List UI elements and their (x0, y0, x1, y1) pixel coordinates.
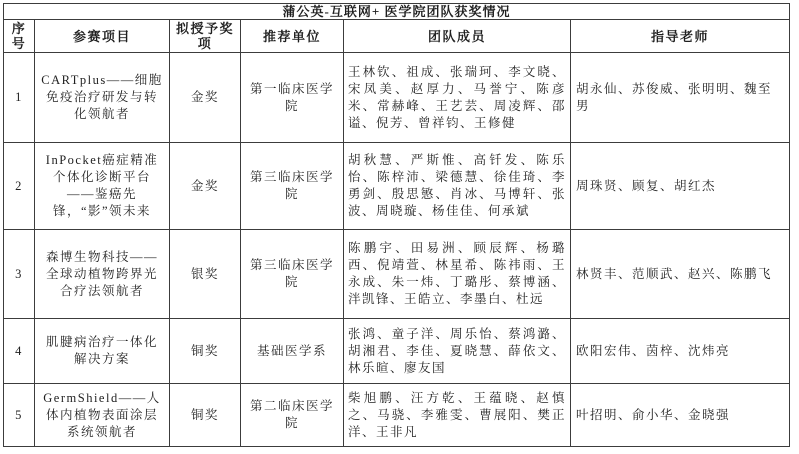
cell-members: 张鸿、童子洋、周乐怡、蔡鸿潞、胡湘君、李佳、夏晓慧、薛依文、林乐暄、廖友国 (344, 319, 571, 384)
cell-award: 金奖 (170, 143, 241, 230)
cell-advisors: 周珠贤、顾复、胡红杰 (571, 143, 790, 230)
col-header-project: 参赛项目 (35, 20, 170, 53)
cell-advisors: 林贤丰、范顺武、赵兴、陈鹏飞 (571, 230, 790, 319)
cell-members: 柴旭鹏、汪方乾、王蕴晓、赵慎之、马骁、李雅雯、曹展阳、樊正洋、王非凡 (344, 384, 571, 447)
cell-members: 陈鹏宇、田易洲、顾辰辉、杨璐西、倪靖萱、林星希、陈祎雨、王永成、朱一炜、丁璐彤、… (344, 230, 571, 319)
cell-unit: 基础医学系 (241, 319, 344, 384)
cell-advisors: 胡永仙、苏俊威、张明明、魏至男 (571, 53, 790, 143)
cell-unit: 第二临床医学院 (241, 384, 344, 447)
table-row: 1 CARTplus——细胞免疫治疗研发与转化领航者 金奖 第一临床医学院 王林… (4, 53, 790, 143)
cell-members: 王林钦、祖成、张瑞珂、李文晓、宋凤美、赵厚力、马誉宁、陈彦米、常赫峰、王艺芸、周… (344, 53, 571, 143)
award-table: 蒲公英-互联网+ 医学院团队获奖情况 序号 参赛项目 拟授予奖项 推荐单位 团队… (3, 3, 790, 447)
cell-project: CARTplus——细胞免疫治疗研发与转化领航者 (35, 53, 170, 143)
table-title: 蒲公英-互联网+ 医学院团队获奖情况 (4, 4, 790, 20)
cell-project: GermShield——人体内植物表面涂层系统领航者 (35, 384, 170, 447)
cell-unit: 第一临床医学院 (241, 53, 344, 143)
cell-project: 森博生物科技——全球动植物跨界光合疗法领航者 (35, 230, 170, 319)
cell-award: 金奖 (170, 53, 241, 143)
cell-project: 肌腱病治疗一体化解决方案 (35, 319, 170, 384)
table-title-row: 蒲公英-互联网+ 医学院团队获奖情况 (4, 4, 790, 20)
col-header-members: 团队成员 (344, 20, 571, 53)
cell-no: 3 (4, 230, 35, 319)
cell-award: 铜奖 (170, 384, 241, 447)
cell-no: 4 (4, 319, 35, 384)
table-row: 2 InPocket癌症精准个体化诊断平台——鉴癌先锋，“影”领未来 金奖 第三… (4, 143, 790, 230)
table-row: 3 森博生物科技——全球动植物跨界光合疗法领航者 银奖 第三临床医学院 陈鹏宇、… (4, 230, 790, 319)
col-header-advisors: 指导老师 (571, 20, 790, 53)
cell-unit: 第三临床医学院 (241, 230, 344, 319)
cell-members: 胡秋慧、严斯惟、高钎发、陈乐怡、陈梓沛、梁德慧、徐佳琦、李勇剑、殷思慜、肖冰、马… (344, 143, 571, 230)
table-row: 5 GermShield——人体内植物表面涂层系统领航者 铜奖 第二临床医学院 … (4, 384, 790, 447)
document-page: 蒲公英-互联网+ 医学院团队获奖情况 序号 参赛项目 拟授予奖项 推荐单位 团队… (0, 0, 799, 454)
cell-no: 5 (4, 384, 35, 447)
cell-unit: 第三临床医学院 (241, 143, 344, 230)
cell-no: 1 (4, 53, 35, 143)
table-header-row: 序号 参赛项目 拟授予奖项 推荐单位 团队成员 指导老师 (4, 20, 790, 53)
cell-advisors: 叶招明、俞小华、金晓强 (571, 384, 790, 447)
col-header-unit: 推荐单位 (241, 20, 344, 53)
cell-award: 银奖 (170, 230, 241, 319)
cell-advisors: 欧阳宏伟、茵梓、沈炜亮 (571, 319, 790, 384)
table-row: 4 肌腱病治疗一体化解决方案 铜奖 基础医学系 张鸿、童子洋、周乐怡、蔡鸿潞、胡… (4, 319, 790, 384)
cell-no: 2 (4, 143, 35, 230)
cell-project: InPocket癌症精准个体化诊断平台——鉴癌先锋，“影”领未来 (35, 143, 170, 230)
col-header-no: 序号 (4, 20, 35, 53)
cell-award: 铜奖 (170, 319, 241, 384)
col-header-award: 拟授予奖项 (170, 20, 241, 53)
